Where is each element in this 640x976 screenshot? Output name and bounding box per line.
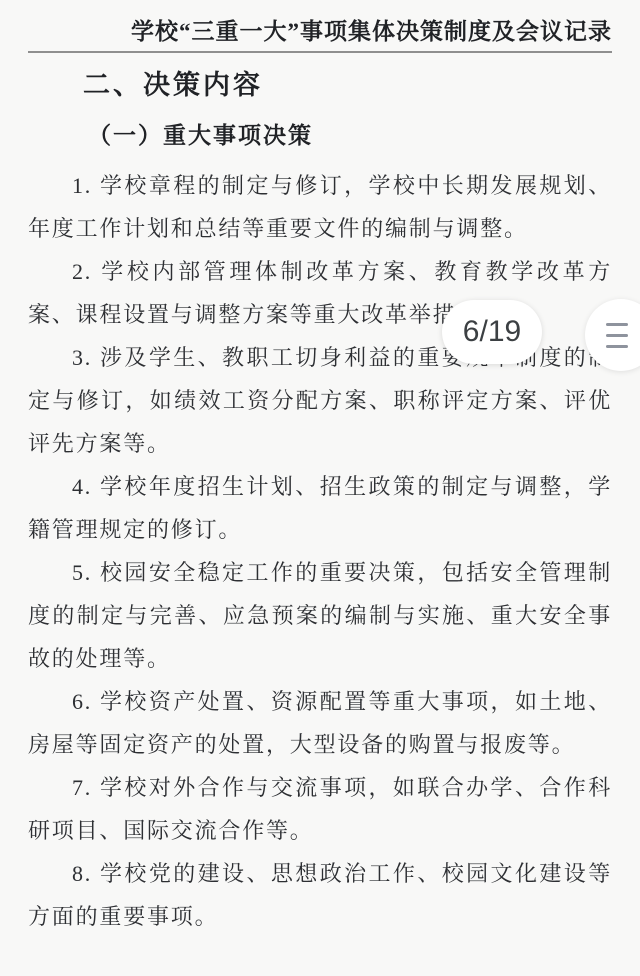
document-viewer-page: 学校“三重一大”事项集体决策制度及会议记录 二、决策内容 （一）重大事项决策 1… <box>0 0 640 976</box>
paragraph-5: 5. 校园安全稳定工作的重要决策，包括安全管理制度的制定与完善、应急预案的编制与… <box>28 551 612 680</box>
page-indicator-text: 6/19 <box>463 315 521 349</box>
page-indicator-badge: 6/19 <box>442 300 542 364</box>
paragraph-8: 8. 学校党的建设、思想政治工作、校园文化建设等方面的重要事项。 <box>28 852 612 938</box>
document-body: 1. 学校章程的制定与修订，学校中长期发展规划、年度工作计划和总结等重要文件的编… <box>28 164 612 938</box>
paragraph-1: 1. 学校章程的制定与修订，学校中长期发展规划、年度工作计划和总结等重要文件的编… <box>28 164 612 250</box>
paragraph-6: 6. 学校资产处置、资源配置等重大事项，如土地、房屋等固定资产的处置，大型设备的… <box>28 680 612 766</box>
hamburger-menu-icon <box>606 323 628 326</box>
section-heading: 二、决策内容 <box>28 63 612 102</box>
hamburger-menu-icon <box>606 345 628 348</box>
paragraph-7: 7. 学校对外合作与交流事项，如联合办学、合作科研项目、国际交流合作等。 <box>28 766 612 852</box>
subsection-heading: （一）重大事项决策 <box>28 117 612 150</box>
document-title: 学校“三重一大”事项集体决策制度及会议记录 <box>28 0 612 53</box>
hamburger-menu-icon <box>606 334 628 337</box>
paragraph-4: 4. 学校年度招生计划、招生政策的制定与调整，学籍管理规定的修订。 <box>28 465 612 551</box>
